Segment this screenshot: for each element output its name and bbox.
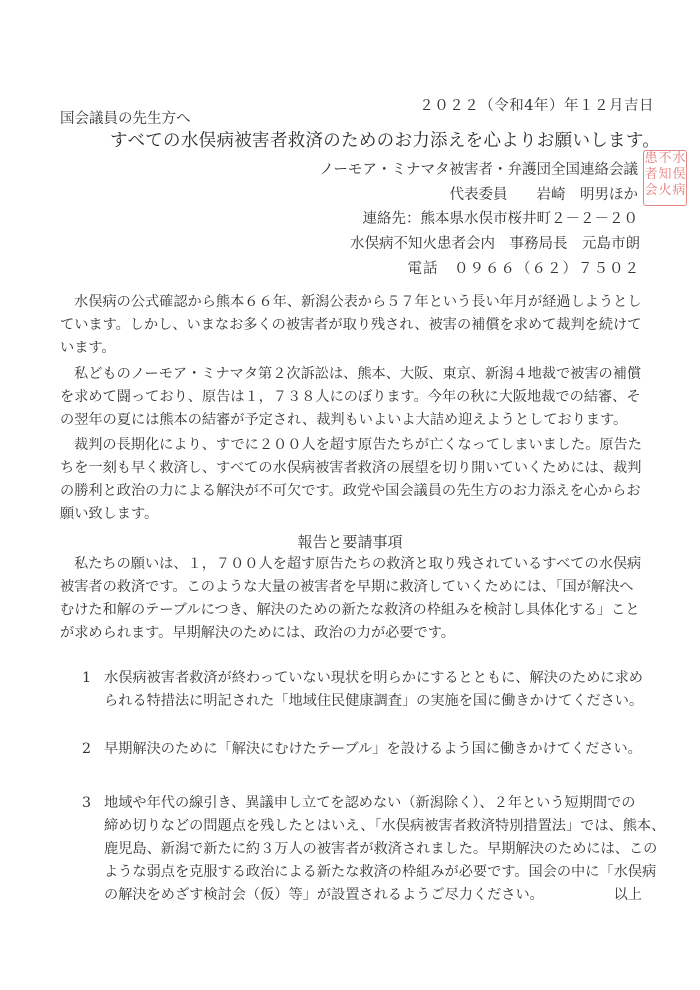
text-line: の翌年の夏には熊本の結審が予定され、裁判もいよいよ大詰め迎えようとしております。: [60, 409, 640, 432]
sender-organization: ノーモア・ミナマタ被害者・弁護団全国連絡会議: [319, 158, 638, 179]
addressee: 国会議員の先生方へ: [60, 107, 191, 128]
text-line-content: の解決をめざす検討会（仮）等」が設置されるようご尽力ください。: [104, 887, 544, 903]
text-line: 私どものノーモア・ミナマタ第２次訴訟は、熊本、大阪、東京、新潟４地裁で被害の補償: [60, 363, 640, 386]
body-paragraph-3: 裁判の長期化により、すでに２００人を超す原告たちが亡くなってしまいました。原告た…: [60, 434, 640, 526]
contact-office: 水俣病不知火患者会内 事務局長 元島市朗: [350, 232, 640, 253]
text-line: 早期解決のために「解決にむけたテーブル」を設けるよう国に働きかけてください。: [104, 738, 642, 761]
request-item-2: 2 早期解決のために「解決にむけたテーブル」を設けるよう国に働きかけてください。: [82, 738, 642, 761]
contact-phone: 電話 ０９６６（６２）７５０２: [408, 257, 641, 278]
request-item-3: 3 地域や年代の線引き、異議申し立てを認めない（新潟除く）、２年という短期間での…: [82, 792, 642, 907]
stamp-char: 会: [644, 183, 657, 199]
sender-representative: 代表委員 岩崎 明男ほか: [450, 183, 639, 204]
body-paragraph-1: 水俣病の公式確認から熊本６６年、新潟公表から５７年という長い年月が経過しようとし…: [60, 291, 640, 360]
stamp-column: 不 知 火: [658, 151, 672, 205]
closing-mark: 以上: [614, 884, 642, 907]
document-date: ２０２２（令和4年）年１２月吉日: [419, 94, 654, 115]
stamp-char: 者: [644, 167, 657, 183]
contact-address: 連絡先：熊本県水俣市桜井町２－２－２０: [363, 207, 639, 228]
text-line: 水俣病被害者救済が終わっていない現状を明らかにするとともに、解決のために求め: [104, 667, 642, 690]
seal-stamp-icon: 水 俣 病 不 知 火 患 者 会: [643, 150, 687, 206]
text-line: 私たちの願いは、１，７００人を超す原告たちの救済と取り残されているすべての水俣病: [60, 553, 640, 576]
item-number: 1: [82, 667, 91, 690]
text-line: 裁判の長期化により、すでに２００人を超す原告たちが亡くなってしまいました。原告た: [60, 434, 640, 457]
text-line: を求めて闘っており、原告は１，７３８人にのぼります。今年の秋に大阪地裁での結審、…: [60, 386, 640, 409]
text-line: 水俣病の公式確認から熊本６６年、新潟公表から５７年という長い年月が経過しようとし: [60, 291, 640, 314]
document-title: すべての水俣病被害者救済のためのお力添えを心よりお願いします。: [110, 127, 660, 152]
text-line: 被害者の救済です。このような大量の被害者を早期に救済していくためには、「国が解決…: [60, 576, 640, 599]
text-line: ています。しかし、いまなお多くの被害者が取り残され、被害の補償を求めて裁判を続け…: [60, 314, 640, 337]
item-number: 2: [82, 738, 91, 761]
stamp-column: 患 者 会: [644, 151, 658, 205]
text-line: の解決をめざす検討会（仮）等」が設置されるようご尽力ください。 以上: [104, 884, 642, 907]
text-line: 鹿児島、新潟で新たに約３万人の被害者が救済されました。早期解決のためには、この: [104, 838, 642, 861]
stamp-char: 患: [644, 151, 657, 167]
stamp-char: 不: [658, 151, 671, 167]
item-number: 3: [82, 792, 91, 815]
section-heading: 報告と要請事項: [0, 531, 700, 552]
stamp-column: 水 俣 病: [672, 151, 686, 205]
request-item-1: 1 水俣病被害者救済が終わっていない現状を明らかにするとともに、解決のために求め…: [82, 667, 642, 713]
text-line: むけた和解のテーブルにつき、解決のための新たな救済の枠組みを検討し具体化する」こ…: [60, 599, 640, 622]
section-paragraph: 私たちの願いは、１，７００人を超す原告たちの救済と取り残されているすべての水俣病…: [60, 553, 640, 645]
stamp-char: 火: [658, 183, 671, 199]
text-line: 地域や年代の線引き、異議申し立てを認めない（新潟除く）、２年という短期間での: [104, 792, 642, 815]
text-line: られる特措法に明記された「地域住民健康調査」の実施を国に働きかけてください。: [104, 690, 642, 713]
text-line: います。: [60, 337, 640, 360]
text-line: ような弱点を克服する政治による新たな救済の枠組みが必要です。国会の中に「水俣病: [104, 861, 642, 884]
text-line: ちを一刻も早く救済し、すべての水俣病被害者救済の展望を切り開いていくためには、裁…: [60, 457, 640, 480]
text-line: 願い致します。: [60, 503, 640, 526]
body-paragraph-2: 私どものノーモア・ミナマタ第２次訴訟は、熊本、大阪、東京、新潟４地裁で被害の補償…: [60, 363, 640, 432]
text-line: の勝利と政治の力による解決が不可欠です。政党や国会議員の先生方のお力添えを心から…: [60, 480, 640, 503]
stamp-char: 病: [672, 183, 685, 199]
stamp-char: 知: [658, 167, 671, 183]
stamp-char: 俣: [672, 167, 685, 183]
text-line: が求められます。早期解決のためには、政治の力が必要です。: [60, 622, 640, 645]
text-line: 締め切りなどの問題点を残したとはいえ、「水俣病被害者救済特別措置法」では、熊本、: [104, 815, 642, 838]
stamp-char: 水: [672, 151, 685, 167]
